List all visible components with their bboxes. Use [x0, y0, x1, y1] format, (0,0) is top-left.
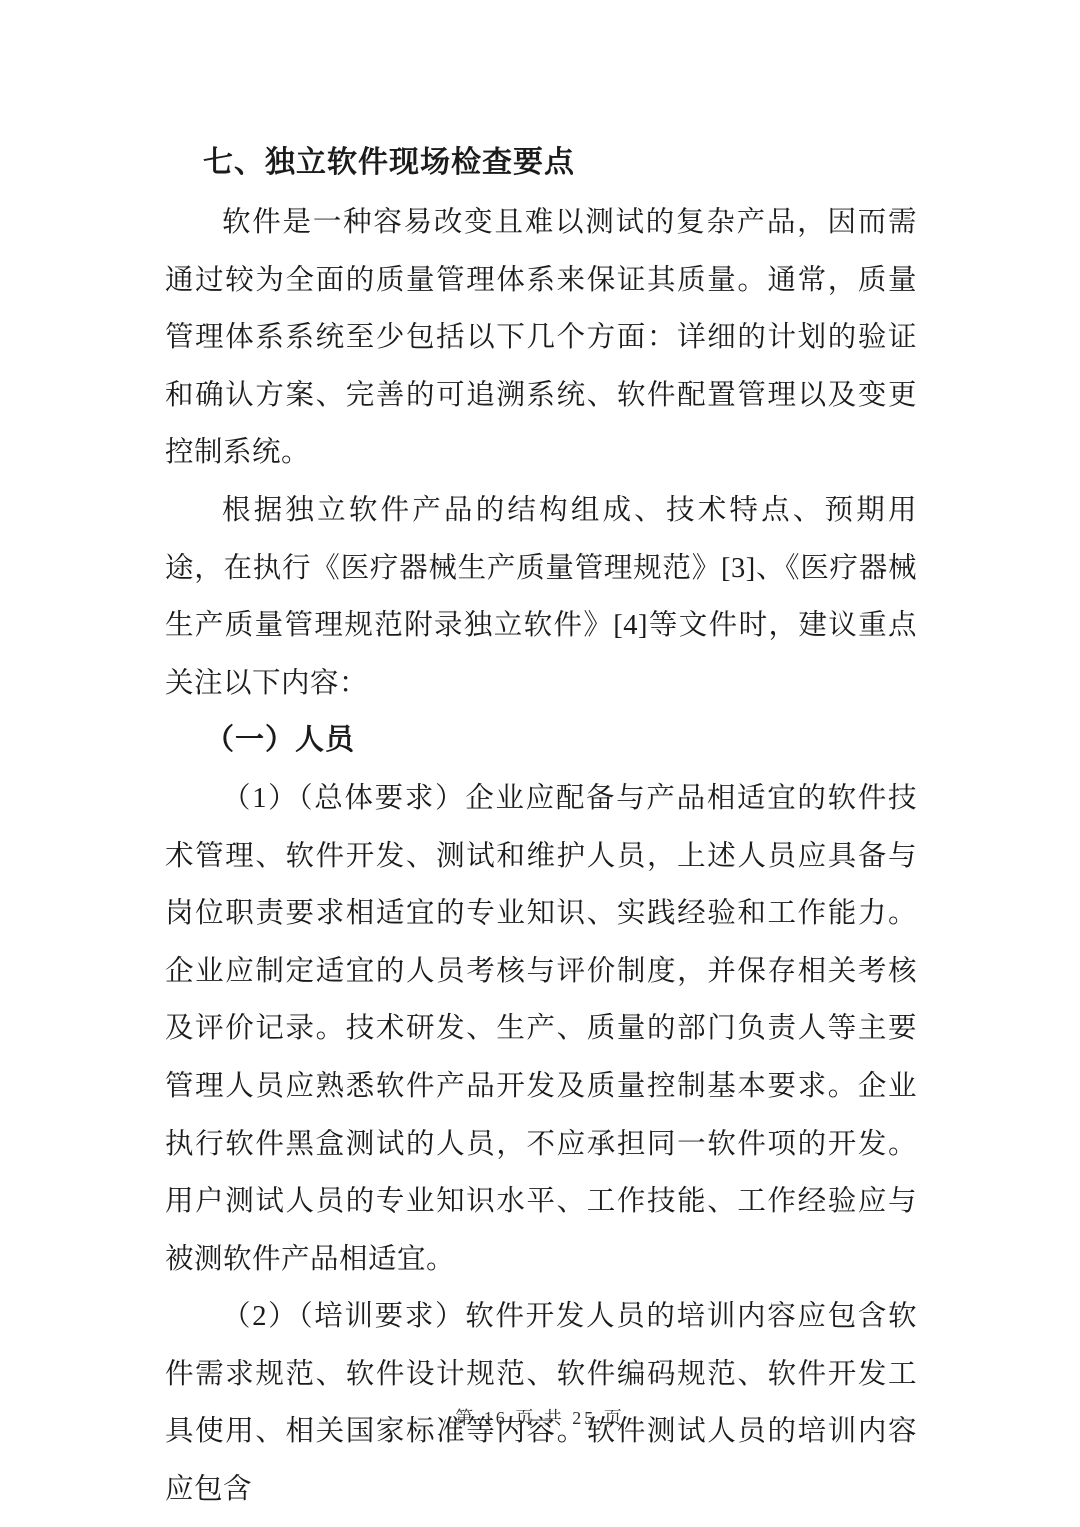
paragraph: （1）（总体要求）企业应配备与产品相适宜的软件技术管理、软件开发、测试和维护人员…	[165, 770, 917, 1288]
chapter-heading: 七、独立软件现场检查要点	[165, 140, 917, 186]
page-number: 第 16 页 共 25 页	[455, 1408, 625, 1428]
paragraph: 软件是一种容易改变且难以测试的复杂产品，因而需通过较为全面的质量管理体系来保证其…	[165, 194, 917, 482]
section-heading: （一）人员	[165, 712, 917, 770]
document-body: 七、独立软件现场检查要点软件是一种容易改变且难以测试的复杂产品，因而需通过较为全…	[165, 140, 917, 1519]
paragraph: 根据独立软件产品的结构组成、技术特点、预期用途，在执行《医疗器械生产质量管理规范…	[165, 482, 917, 712]
page-footer: 第 16 页 共 25 页	[0, 1404, 1080, 1430]
document-page: 七、独立软件现场检查要点软件是一种容易改变且难以测试的复杂产品，因而需通过较为全…	[0, 0, 1080, 1527]
